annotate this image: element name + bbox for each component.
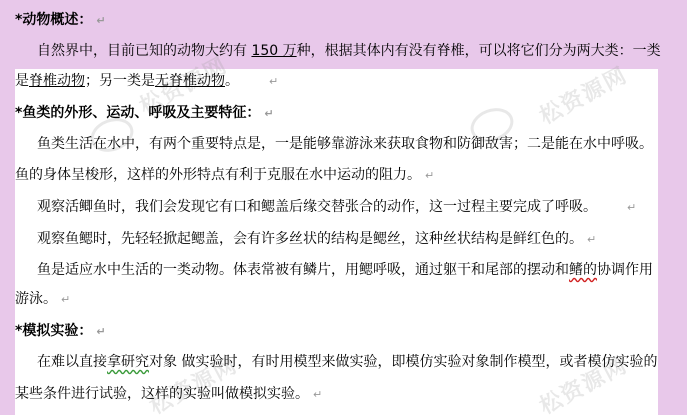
- section-heading-simulation-experiment: *模拟实验：↵: [15, 322, 106, 341]
- paragraph-line: 鱼的身体呈梭形，这样的外形特点有利于克服在水中运动的阻力。↵: [15, 166, 434, 185]
- paragraph-mark-icon: ↵: [61, 293, 70, 306]
- section-heading-animal-overview: *动物概述：↵: [15, 11, 106, 30]
- paragraph-line: 在难以直接拿研究对象 做实验时，有时用模型来做实验，即模仿实验对象制作模型，或者…: [37, 353, 657, 371]
- paragraph-mark-icon: ↵: [425, 169, 434, 182]
- paragraph-line: 某些条件进行试验，这样的实验叫做模拟实验。↵: [15, 385, 322, 404]
- paragraph-mark-icon: ↵: [627, 201, 636, 214]
- paragraph-mark-icon: ↵: [264, 107, 273, 120]
- paragraph-line: 观察活鲫鱼时，我们会发现它有口和鳃盖后缘交替张合的动作，这一过程主要完成了呼吸。…: [37, 198, 636, 217]
- paragraph-mark-icon: ↵: [313, 388, 322, 401]
- paragraph-line: 鱼类生活在水中，有两个重要特点是，一是能够靠游泳来获取食物和防御敌害；二是能在水…: [37, 135, 653, 153]
- paragraph-line: 鱼是适应水中生活的一类动物。体表常被有鳞片，用鳃呼吸，通过躯干和尾部的摆动和鳍的…: [37, 261, 653, 279]
- paragraph-mark-icon: ↵: [96, 325, 105, 338]
- grammar-flag[interactable]: 拿研究: [107, 354, 149, 370]
- paragraph-line: 观察鱼鳃时，先轻轻掀起鳃盖，会有许多丝状的结构是鳃丝，这种丝状结构是鲜红色的。↵: [37, 230, 596, 249]
- paragraph-mark-icon: ↵: [587, 233, 596, 246]
- spellcheck-flag[interactable]: 鳍的: [569, 262, 597, 278]
- watermark: 松资源网: [533, 58, 632, 130]
- paragraph-line: 游泳。↵: [15, 290, 70, 309]
- paragraph-line: 自然界中，目前已知的动物大约有 150 万种，根据其体内有没有脊椎，可以将它们分…: [37, 42, 661, 60]
- paragraph-line: 是脊椎动物；另一类是无脊椎动物。↵: [15, 72, 278, 91]
- section-heading-fish-features: *鱼类的外形、运动、呼吸及主要特征：↵: [15, 104, 274, 123]
- paragraph-mark-icon: ↵: [269, 75, 278, 88]
- paragraph-mark-icon: ↵: [96, 14, 105, 27]
